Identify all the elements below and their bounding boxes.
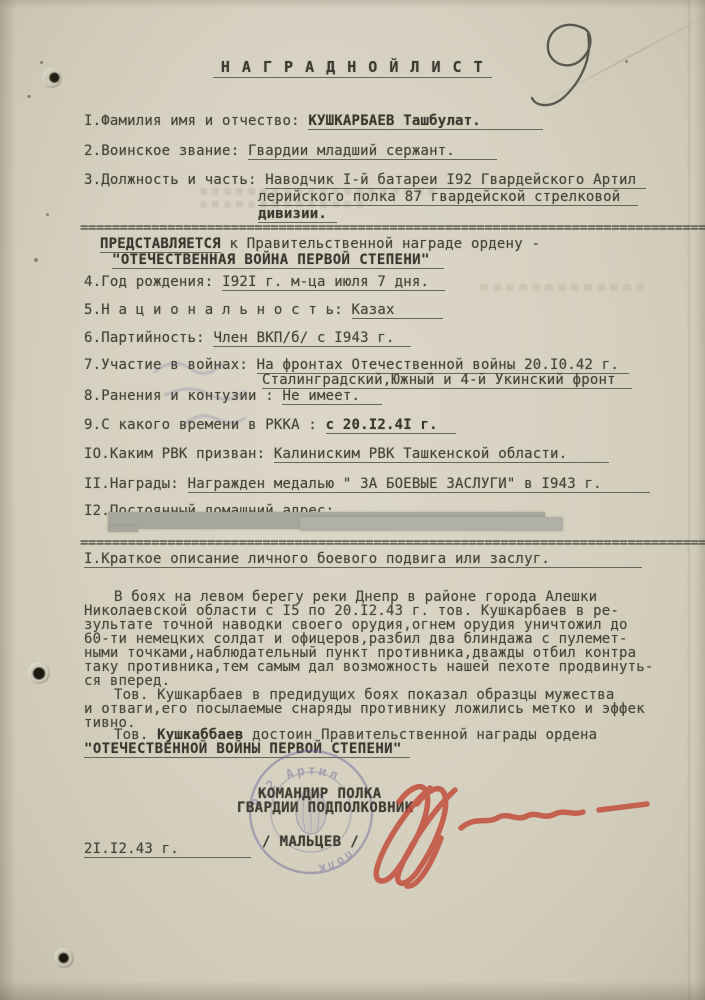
field-2-label: 2.Воинское звание: (84, 143, 239, 159)
field-9-value: с 20.I2.4I г. (326, 417, 456, 434)
field-10-row: IO.Каким РВК призван: Калиниским РВК Таш… (84, 446, 609, 462)
presentation-keyword: ПРЕДСТАВЛЯЕТСЯ (100, 236, 221, 253)
punch-hole (54, 948, 74, 968)
field-2-value: Гвардии младший сержант. (248, 143, 497, 160)
field-9-row: 9.С какого времени в РККА : с 20.I2.4I г… (84, 417, 456, 433)
separator-line-1: ========================================… (80, 220, 705, 236)
field-6-value: Член ВКП/б/ с I943 г. (213, 330, 410, 347)
field-3-row2: лерийского полка 87 гвардейской стрелков… (258, 189, 638, 205)
field-1-row: I.Фамилия имя и отчество: КУШКАРБАЕВ Таш… (84, 113, 543, 129)
field-8-label: 8.Ранения и контузии : (84, 388, 274, 404)
redaction-block (108, 526, 138, 532)
field-10-value: Калиниским РВК Ташкенской области. (274, 446, 609, 463)
field-4-value: I92I г. м-ца июля 7 дня. (222, 274, 445, 291)
presentation-text: к Правительственной награде ордену - (221, 236, 540, 252)
field-5-value: Казах (352, 302, 443, 319)
award-sheet-document: 9 Н А Г Р А Д Н О Й Л И С Т I.Фамилия им… (0, 0, 705, 1000)
field-7-row2: Сталинградский,Южный и 4-й Укинский фрон… (262, 372, 632, 388)
field-6-row: 6.Партийность: Член ВКП/б/ с I943 г. (84, 330, 411, 346)
field-11-value: Награжден медалью " ЗА БОЕВЫЕ ЗАСЛУГИ" в… (188, 476, 650, 493)
paper-speck (40, 61, 43, 64)
body-line: и отваги,его посылаемые снаряды противни… (84, 701, 645, 717)
redaction-block (300, 517, 563, 531)
field-1-label: I.Фамилия имя и отчество: (84, 113, 300, 129)
presentation-order-name: "ОТЕЧЕСТВЕННАЯ ВОЙНА ПЕРВОЙ СТЕПЕНИ" (112, 252, 444, 269)
field-2-row: 2.Воинское звание: Гвардии младший сержа… (84, 143, 497, 159)
field-10-label: IO.Каким РВК призван: (84, 446, 265, 462)
field-3-label: 3.Должность и часть: (84, 172, 257, 188)
field-7-row: 7.Участие в войнах: На фронтах Отечестве… (84, 357, 629, 373)
paper-edge-shade-right (695, 0, 705, 1000)
paper-speck (625, 60, 628, 63)
punch-hole (28, 662, 50, 684)
field-8-value: Не имеет. (282, 388, 382, 405)
field-6-label: 6.Партийность: (84, 330, 205, 346)
field-11-label: II.Награды: (84, 476, 179, 492)
commander-signature-ink (335, 766, 685, 896)
field-4-label: 4.Год рождения: (84, 274, 213, 290)
field-3-value-line2: лерийского полка 87 гвардейской стрелков… (258, 189, 638, 206)
paper-edge-shade-bottom (0, 980, 705, 1000)
field-7-value-line2: Сталинградский,Южный и 4-й Укинский фрон… (262, 372, 632, 389)
paper-speck (27, 95, 31, 98)
field-1-value: КУШКАРБАЕВ Ташбулат. (308, 113, 543, 130)
presentation-order-row: "ОТЕЧЕСТВЕННАЯ ВОЙНА ПЕРВОЙ СТЕПЕНИ" (112, 252, 444, 268)
document-title-text: Н А Г Р А Д Н О Й Л И С Т (213, 58, 492, 78)
signature-date: 2I.I2.43 г. (84, 841, 251, 858)
signature-date-row: 2I.I2.43 г. (84, 841, 251, 857)
field-5-label: 5.Н а ц и о н а л ь н о с т ь: (84, 302, 343, 318)
section-heading-text: I.Краткое описание личного боевого подви… (84, 551, 642, 568)
ink-bleed-smudge (480, 284, 650, 297)
paper-speck (46, 213, 49, 216)
field-7-label: 7.Участие в войнах: (84, 357, 248, 373)
presentation-row: ПРЕДСТАВЛЯЕТСЯ к Правительственной награ… (100, 236, 540, 252)
field-3-row: 3.Должность и часть: Наводчик I-й батаре… (84, 172, 646, 188)
punch-hole (42, 68, 62, 88)
paper-edge-shade-left (0, 0, 16, 1000)
document-title: Н А Г Р А Д Н О Й Л И С Т (0, 58, 705, 76)
section-heading: I.Краткое описание личного боевого подви… (84, 551, 642, 567)
field-3-value-line1: Наводчик I-й батареи I92 Гвардейского Ар… (265, 172, 646, 189)
paper-edge-shade-top (0, 0, 705, 9)
field-5-row: 5.Н а ц и о н а л ь н о с т ь: Казах (84, 302, 443, 318)
paper-crease-right (687, 0, 691, 1000)
separator-line-2: ========================================… (80, 535, 705, 551)
field-9-label: 9.С какого времени в РККА : (84, 417, 317, 433)
field-8-row: 8.Ранения и контузии : Не имеет. (84, 388, 382, 404)
paper-speck (34, 258, 38, 262)
field-4-row: 4.Год рождения: I92I г. м-ца июля 7 дня. (84, 274, 445, 290)
field-11-row: II.Награды: Награжден медалью " ЗА БОЕВЫ… (84, 476, 650, 492)
ink-bleed-strip (480, 284, 650, 291)
